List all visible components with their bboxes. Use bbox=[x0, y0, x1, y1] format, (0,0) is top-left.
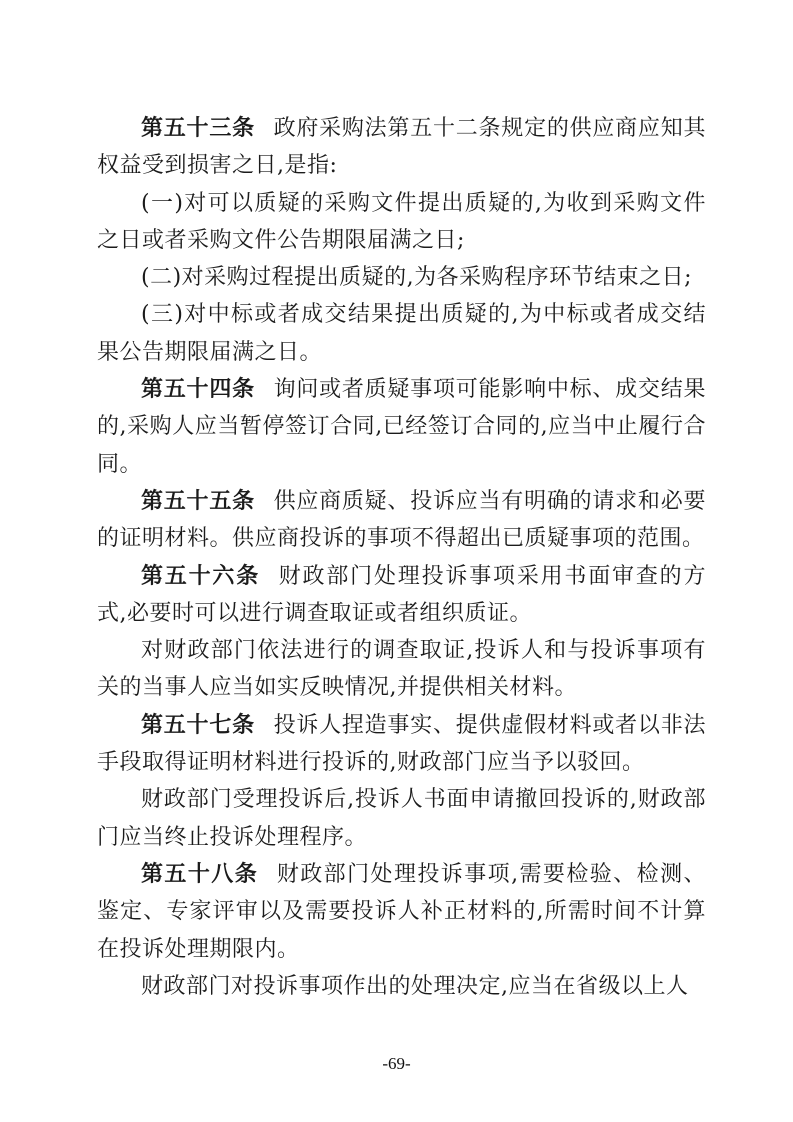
paragraph-text: 对财政部门依法进行的调查取证,投诉人和与投诉事项有关的当事人应当如实反映情况,并… bbox=[97, 638, 706, 700]
paragraph: 对财政部门依法进行的调查取证,投诉人和与投诉事项有关的当事人应当如实反映情况,并… bbox=[97, 632, 706, 707]
paragraph: 财政部门对投诉事项作出的处理决定,应当在省级以上人 bbox=[97, 968, 706, 1005]
paragraph: 第五十五条供应商质疑、投诉应当有明确的请求和必要的证明材料。供应商投诉的事项不得… bbox=[97, 483, 706, 558]
article-number-label: 第五十四条 bbox=[141, 376, 255, 402]
document-body: 第五十三条政府采购法第五十二条规定的供应商应知其权益受到损害之日,是指: (一)… bbox=[97, 110, 706, 1005]
article-number-label: 第五十五条 bbox=[141, 488, 255, 514]
paragraph-text: (一)对可以质疑的采购文件提出质疑的,为收到采购文件之日或者采购文件公告期限届满… bbox=[97, 191, 706, 253]
paragraph-text: (二)对采购过程提出质疑的,为各采购程序环节结束之日; bbox=[141, 265, 692, 290]
paragraph-text: (三)对中标或者成交结果提出质疑的,为中标或者成交结果公告期限届满之日。 bbox=[97, 302, 706, 364]
paragraph: 财政部门受理投诉后,投诉人书面申请撤回投诉的,财政部门应当终止投诉处理程序。 bbox=[97, 781, 706, 856]
paragraph-text: 财政部门对投诉事项作出的处理决定,应当在省级以上人 bbox=[141, 974, 689, 999]
article-number-label: 第五十三条 bbox=[141, 115, 255, 141]
paragraph: 第五十七条投诉人捏造事实、提供虚假材料或者以非法手段取得证明材料进行投诉的,财政… bbox=[97, 707, 706, 782]
paragraph: 第五十三条政府采购法第五十二条规定的供应商应知其权益受到损害之日,是指: bbox=[97, 110, 706, 185]
paragraph: (二)对采购过程提出质疑的,为各采购程序环节结束之日; bbox=[97, 259, 706, 296]
article-number-label: 第五十六条 bbox=[141, 563, 260, 589]
article-number-label: 第五十八条 bbox=[141, 861, 258, 887]
page-number: -69- bbox=[0, 1052, 793, 1076]
article-number-label: 第五十七条 bbox=[141, 712, 255, 738]
paragraph: (一)对可以质疑的采购文件提出质疑的,为收到采购文件之日或者采购文件公告期限届满… bbox=[97, 185, 706, 260]
document-page: 第五十三条政府采购法第五十二条规定的供应商应知其权益受到损害之日,是指: (一)… bbox=[0, 0, 793, 1122]
paragraph: 第五十六条财政部门处理投诉事项采用书面审查的方式,必要时可以进行调查取证或者组织… bbox=[97, 558, 706, 633]
paragraph: 第五十八条财政部门处理投诉事项,需要检验、检测、鉴定、专家评审以及需要投诉人补正… bbox=[97, 856, 706, 968]
paragraph-text: 财政部门受理投诉后,投诉人书面申请撤回投诉的,财政部门应当终止投诉处理程序。 bbox=[97, 787, 706, 849]
paragraph: (三)对中标或者成交结果提出质疑的,为中标或者成交结果公告期限届满之日。 bbox=[97, 296, 706, 371]
paragraph: 第五十四条询问或者质疑事项可能影响中标、成交结果的,采购人应当暂停签订合同,已经… bbox=[97, 371, 706, 483]
